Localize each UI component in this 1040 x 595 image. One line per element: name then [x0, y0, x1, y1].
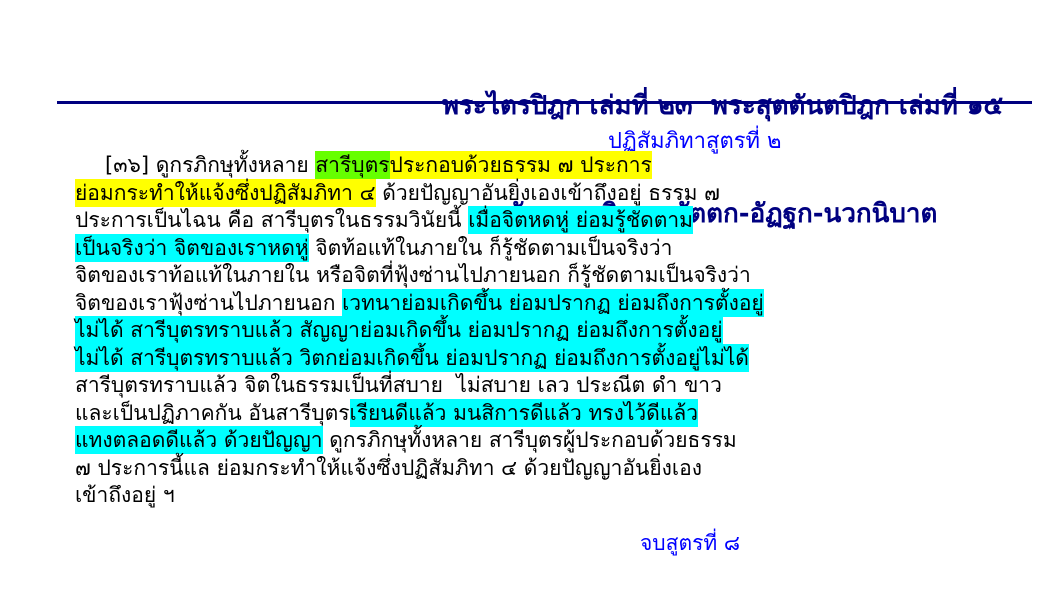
text-segment: และเป็นปฏิภาคกัน อันสารีบุตร — [75, 401, 350, 425]
text-line: และเป็นปฏิภาคกัน อันสารีบุตรเรียนดีแล้ว … — [75, 400, 835, 428]
highlighted-text-segment: ประกอบด้วยธรรม ๗ ประการ — [390, 151, 652, 179]
text-segment: จิตของเราฟุ้งซ่านไปภายนอก — [75, 291, 342, 315]
text-line: ๗ ประการนี้แล ย่อมกระทำให้แจ้งซึ่งปฏิสัม… — [75, 455, 835, 483]
header-line-1: พระไตรปิฎก เล่มที่ ๒๓ พระสุตตันตปิฎก เล่… — [405, 88, 1040, 124]
text-line: เข้าถึงอยู่ ฯ — [75, 482, 835, 510]
text-line: จิตของเราท้อแท้ในภายใน หรือจิตที่ฟุ้งซ่า… — [75, 262, 835, 290]
highlighted-text-segment: เวทนาย่อมเกิดขึ้น ย่อมปรากฏ ย่อมถึงการตั… — [342, 289, 764, 317]
highlighted-text-segment: เป็นจริงว่า จิตของเราหดหู่ — [75, 234, 309, 262]
text-line: จิตของเราฟุ้งซ่านไปภายนอก เวทนาย่อมเกิดข… — [75, 290, 835, 318]
text-segment: ๗ ประการนี้แล ย่อมกระทำให้แจ้งซึ่งปฏิสัม… — [75, 456, 702, 480]
text-segment: ดูกรภิกษุทั้งหลาย สารีบุตรผู้ประกอบด้วยธ… — [323, 428, 737, 452]
highlighted-text-segment: ไม่ได้ สารีบุตรทราบแล้ว วิตกย่อมเกิดขึ้น… — [75, 344, 749, 372]
text-line: สารีบุตรทราบแล้ว จิตในธรรมเป็นที่สบาย ไม… — [75, 372, 835, 400]
highlighted-text-segment: เมื่อจิตหดหู่ ย่อมรู้ชัดตาม — [468, 206, 693, 234]
text-line: [๓๖] ดูกรภิกษุทั้งหลาย สารีบุตรประกอบด้ว… — [75, 152, 835, 180]
text-line: เป็นจริงว่า จิตของเราหดหู่ จิตท้อแท้ในภา… — [75, 235, 835, 263]
text-line: แทงตลอดดีแล้ว ด้วยปัญญา ดูกรภิกษุทั้งหลา… — [75, 427, 835, 455]
text-segment: สารีบุตรทราบแล้ว จิตในธรรมเป็นที่สบาย ไม… — [75, 373, 722, 397]
sutra-end-note: จบสูตรที่ ๘ — [640, 527, 740, 560]
text-segment: ด้วยปัญญาอันยิ่งเองเข้าถึงอยู่ ธรรม ๗ — [376, 181, 720, 205]
text-line: ไม่ได้ สารีบุตรทราบแล้ว สัญญาย่อมเกิดขึ้… — [75, 317, 835, 345]
text-line: ประการเป็นไฉน คือ สารีบุตรในธรรมวินัยนี้… — [75, 207, 835, 235]
text-segment: จิตของเราท้อแท้ในภายใน หรือจิตที่ฟุ้งซ่า… — [75, 263, 751, 287]
highlighted-text-segment: เรียนดีแล้ว มนสิการดีแล้ว ทรงไว้ดีแล้ว — [350, 399, 699, 427]
highlighted-text-segment: สารีบุตร — [315, 151, 389, 179]
highlighted-text-segment: ย่อมกระทำให้แจ้งซึ่งปฏิสัมภิทา ๔ — [75, 179, 376, 207]
text-line: ย่อมกระทำให้แจ้งซึ่งปฏิสัมภิทา ๔ ด้วยปัญ… — [75, 180, 835, 208]
text-line: ไม่ได้ สารีบุตรทราบแล้ว วิตกย่อมเกิดขึ้น… — [75, 345, 835, 373]
text-segment: เข้าถึงอยู่ ฯ — [75, 483, 175, 507]
text-segment: จิตท้อแท้ในภายใน ก็รู้ชัดตามเป็นจริงว่า — [309, 236, 673, 260]
sutra-body: [๓๖] ดูกรภิกษุทั้งหลาย สารีบุตรประกอบด้ว… — [75, 152, 835, 510]
text-segment: ประการเป็นไฉน คือ สารีบุตรในธรรมวินัยนี้ — [75, 208, 468, 232]
text-segment: [๓๖] ดูกรภิกษุทั้งหลาย — [105, 153, 315, 177]
highlighted-text-segment: แทงตลอดดีแล้ว ด้วยปัญญา — [75, 426, 323, 454]
horizontal-divider — [57, 101, 1032, 104]
document-page: พระไตรปิฎก เล่มที่ ๒๓ พระสุตตันตปิฎก เล่… — [0, 0, 1040, 595]
highlighted-text-segment: ไม่ได้ สารีบุตรทราบแล้ว สัญญาย่อมเกิดขึ้… — [75, 316, 723, 344]
